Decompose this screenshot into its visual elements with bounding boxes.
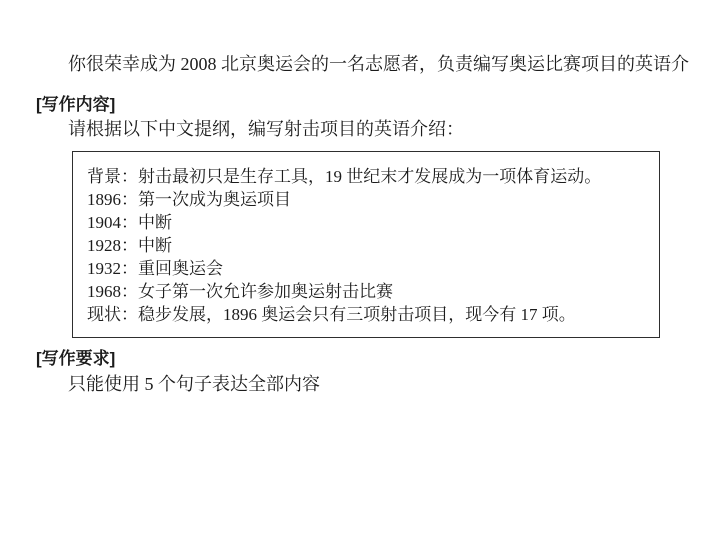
- section-header-writing-content: [写作内容]: [36, 95, 115, 115]
- outline-line-status: 现状：稳步发展，1896 奥运会只有三项射击项目，现今有 17 项。: [87, 303, 659, 326]
- outline-box: 背景：射击最初只是生存工具，19 世纪末才发展成为一项体育运动。 1896：第一…: [72, 151, 660, 338]
- outline-line-1932: 1932：重回奥运会: [87, 257, 659, 280]
- instruction-line: 请根据以下中文提纲，编写射击项目的英语介绍：: [68, 118, 464, 140]
- outline-line-1968: 1968：女子第一次允许参加奥运射击比赛: [87, 280, 659, 303]
- outline-line-1928: 1928：中断: [87, 234, 659, 257]
- requirement-line: 只能使用 5 个句子表达全部内容: [68, 373, 320, 395]
- outline-line-1896: 1896：第一次成为奥运项目: [87, 188, 659, 211]
- intro-paragraph: 你很荣幸成为 2008 北京奥运会的一名志愿者，负责编写奥运比赛项目的英语介: [68, 53, 689, 75]
- outline-line-background: 背景：射击最初只是生存工具，19 世纪末才发展成为一项体育运动。: [87, 165, 659, 188]
- section-header-writing-requirement: [写作要求]: [36, 349, 115, 369]
- outline-line-1904: 1904：中断: [87, 211, 659, 234]
